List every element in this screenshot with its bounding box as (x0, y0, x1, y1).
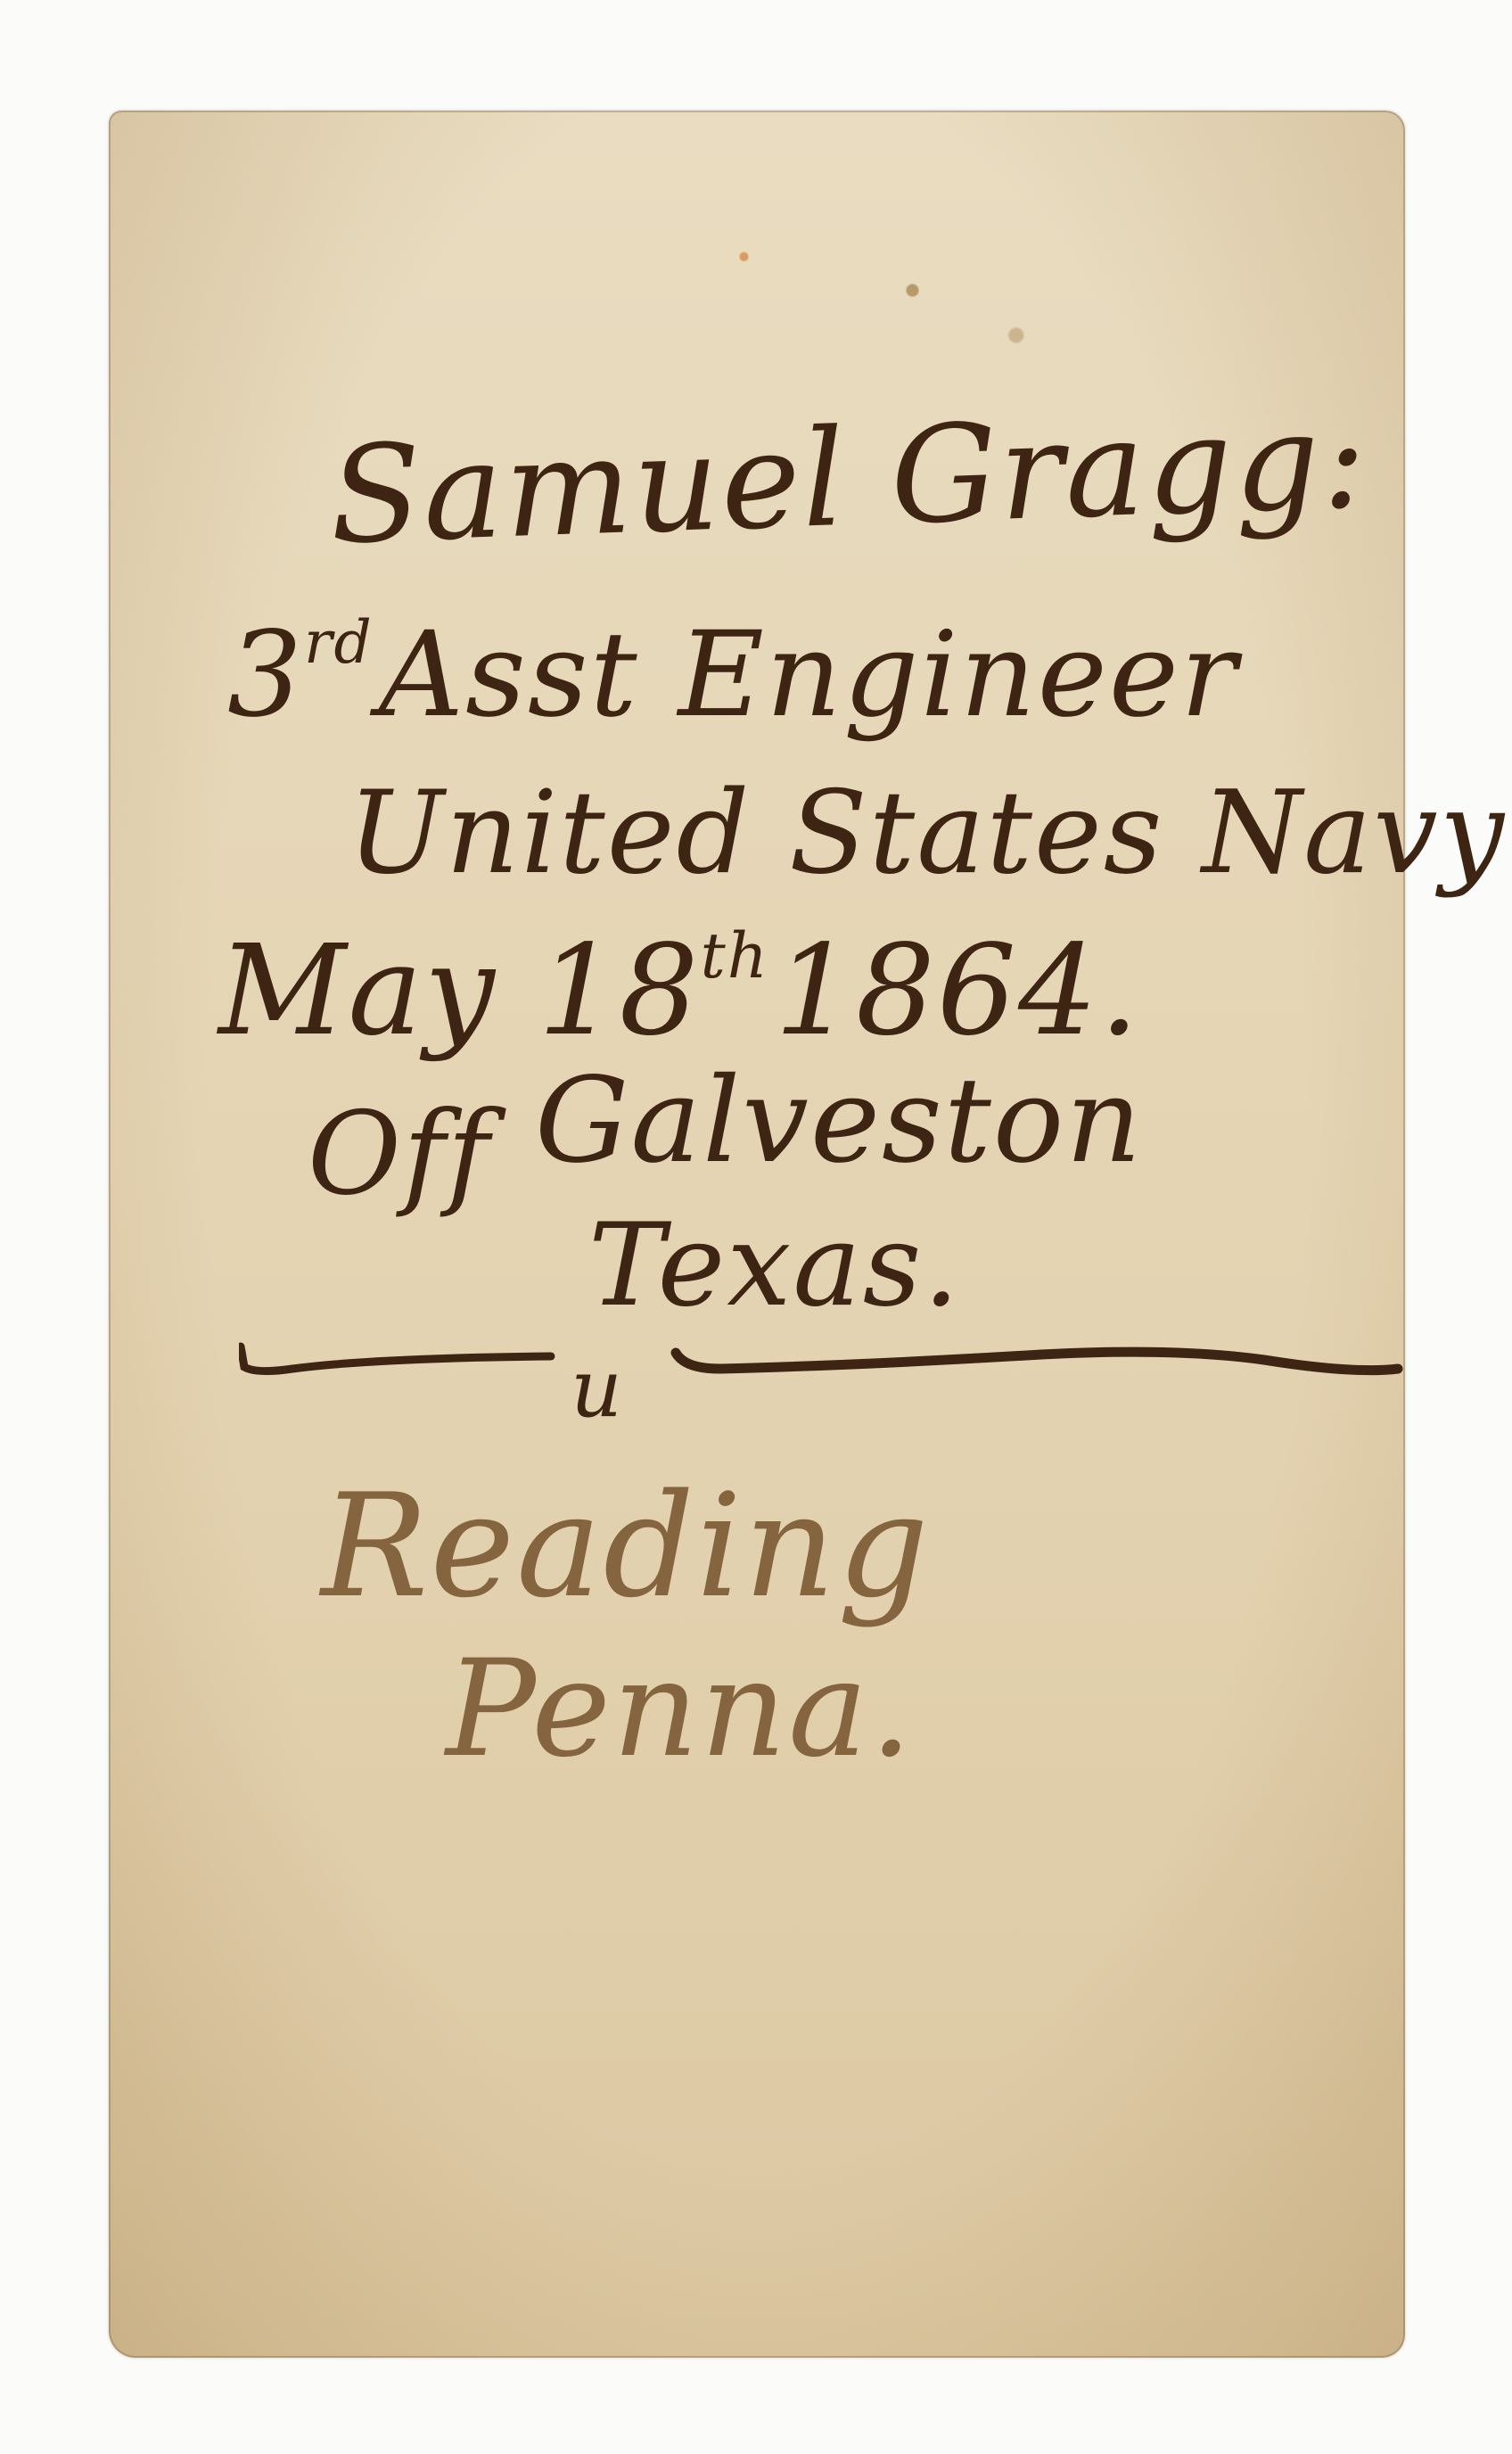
inscription-service: United States Navy (348, 767, 1506, 900)
date-suffix: th (701, 919, 769, 992)
location-city: Galveston (535, 1052, 1143, 1190)
rank-title: Asst Engineer (379, 606, 1238, 744)
rank-number: 3 (227, 606, 304, 744)
location-state: Texas. (588, 1199, 961, 1332)
date-month-day: May 18 (218, 918, 701, 1064)
rank-suffix: rd (304, 608, 374, 677)
date-year: 1864. (775, 918, 1141, 1064)
inscription-rank: 3rdAsst Engineer (227, 606, 1238, 744)
separator-mark: u (571, 1342, 624, 1436)
ink-divider-line (239, 1342, 1407, 1378)
location-prefix: Off (308, 1088, 491, 1221)
note-state: Penna. (446, 1632, 914, 1787)
note-city: Reading (321, 1462, 931, 1629)
inscription-date: May 18th1864. (218, 918, 1141, 1064)
